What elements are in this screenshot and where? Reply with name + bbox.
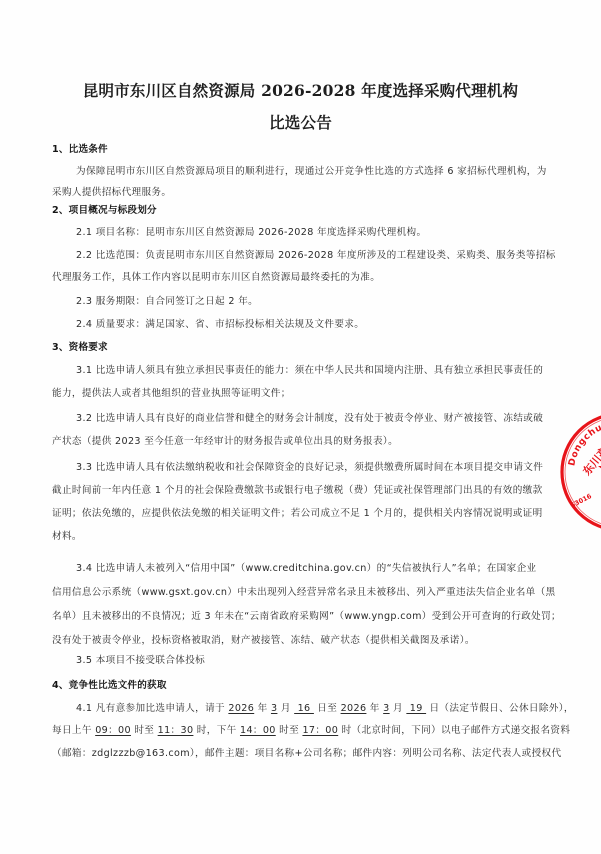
text: 年 — [366, 703, 383, 714]
item-4-1-line1: 4.1 凡有意参加比选申请人，请于 2026 年 3 月 16 日至 2026 … — [76, 703, 574, 715]
svg-text:东川高路: 东川高路 — [580, 435, 601, 478]
section-heading-2: 2、项目概况与标段划分 — [52, 205, 157, 217]
item-3-3-line3: 证明；依法免缴的，应提供依法免缴的相关证明文件；若公司成立不足 1 个月的，提供… — [52, 508, 543, 520]
item-4-1-line3: （邮箱：zdglzzzb@163.com），邮件主题：项目名称+公司名称；邮件内… — [52, 748, 561, 760]
am-end-time: 11：30 — [158, 725, 194, 736]
text: 4.1 凡有意参加比选申请人，请于 — [76, 703, 228, 714]
document-title: 昆明市东川区自然资源局 2026-2028 年度选择采购代理机构 — [0, 79, 601, 101]
item-3-2-line2: 产状态（提供 2023 至今任意一年经审计的财务报告或单位出具的财务报表）。 — [52, 436, 398, 448]
section-heading-1: 1、比选条件 — [52, 144, 108, 156]
document-subtitle: 比选公告 — [0, 111, 601, 133]
paragraph-line: 采购人提供招标代理服务。 — [52, 187, 171, 199]
text: 时至 — [276, 725, 303, 736]
end-year: 2026 — [341, 703, 367, 714]
text: 时至 — [131, 725, 158, 736]
item-3-4-line4: 没有处于被责令停业，投标资格被取消，财产被接管、冻结、破产状态（提供相关截图及承… — [52, 635, 475, 647]
text: 月 — [277, 703, 294, 714]
item-3-2-line1: 3.2 比选申请人具有良好的商业信誉和健全的财务会计制度，没有处于被责令停业、财… — [76, 413, 543, 425]
company-seal-stamp: Dongchuan Gaolu Technology (Yunnan) 东川高路… — [558, 410, 601, 534]
text: 每日上午 — [52, 725, 95, 736]
text: 月 — [390, 703, 407, 714]
text: 日至 — [314, 703, 341, 714]
svg-text:53016: 53016 — [569, 492, 593, 510]
section-heading-4: 4、竞争性比选文件的获取 — [52, 680, 167, 692]
item-2-2-line1: 2.2 比选范围：负责昆明市东川区自然资源局 2026-2028 年度所涉及的工… — [76, 250, 556, 262]
text: 时，下午 — [193, 725, 240, 736]
item-3-3-line2: 截止时间前一年内任意 1 个月的社会保险费缴款书或银行电子缴税（费）凭证或社保管… — [52, 485, 543, 497]
svg-text:Dongchuan Gaolu Technology (Yu: Dongchuan Gaolu Technology (Yunnan) — [567, 419, 601, 525]
item-2-3: 2.3 服务期限：自合同签订之日起 2 年。 — [76, 296, 258, 308]
am-start-time: 09：00 — [95, 725, 131, 736]
item-2-2-line2: 代理服务工作，具体工作内容以昆明市东川区自然资源局最终委托的为准。 — [52, 272, 380, 284]
item-3-1-line1: 3.1 比选申请人须具有独立承担民事责任的能力：须在中华人民共和国境内注册、具有… — [76, 365, 543, 377]
item-4-1-line2: 每日上午 09：00 时至 11：30 时，下午 14：00 时至 17：00 … — [52, 725, 570, 737]
item-3-4-line2: 信用信息公示系统（www.gsxt.gov.cn）中未出现列入经营异常名录且未被… — [52, 587, 555, 599]
item-3-3-line1: 3.3 比选申请人具有依法缴纳税收和社会保障资金的良好记录，须提供缴费所属时间在… — [76, 462, 543, 474]
item-3-3-line4: 材料。 — [52, 531, 82, 543]
pm-start-time: 14：00 — [240, 725, 276, 736]
paragraph-line: 为保障昆明市东川区自然资源局项目的顺利进行，现通过公开竞争性比选的方式选择 6 … — [76, 166, 547, 178]
start-day: 16 — [294, 703, 314, 714]
item-3-4-line3: 名单）且未被移出的不良情况；近 3 年未在“云南省政府采购网”（www.yngp… — [52, 611, 561, 623]
item-2-4: 2.4 质量要求：满足国家、省、市招标投标相关法规及文件要求。 — [76, 319, 364, 331]
pm-end-time: 17：00 — [302, 725, 338, 736]
item-3-5: 3.5 本项目不接受联合体投标 — [76, 655, 205, 667]
item-2-1: 2.1 项目名称：昆明市东川区自然资源局 2026-2028 年度选择采购代理机… — [76, 227, 426, 239]
item-3-1-line2: 能力，提供法人或者其他组织的营业执照等证明文件； — [52, 388, 291, 400]
text: 年 — [254, 703, 271, 714]
item-3-4-line1: 3.4 比选申请人未被列入“信用中国”（www.creditchina.gov.… — [76, 563, 536, 575]
end-day: 19 — [406, 703, 426, 714]
document-page: 昆明市东川区自然资源局 2026-2028 年度选择采购代理机构 比选公告 1、… — [0, 0, 601, 854]
start-year: 2026 — [228, 703, 254, 714]
section-heading-3: 3、资格要求 — [52, 342, 108, 354]
text: 时（北京时间，下同）以电子邮件方式递交报名资料 — [338, 725, 570, 736]
text: 日（法定节假日、公休日除外）， — [426, 703, 574, 714]
